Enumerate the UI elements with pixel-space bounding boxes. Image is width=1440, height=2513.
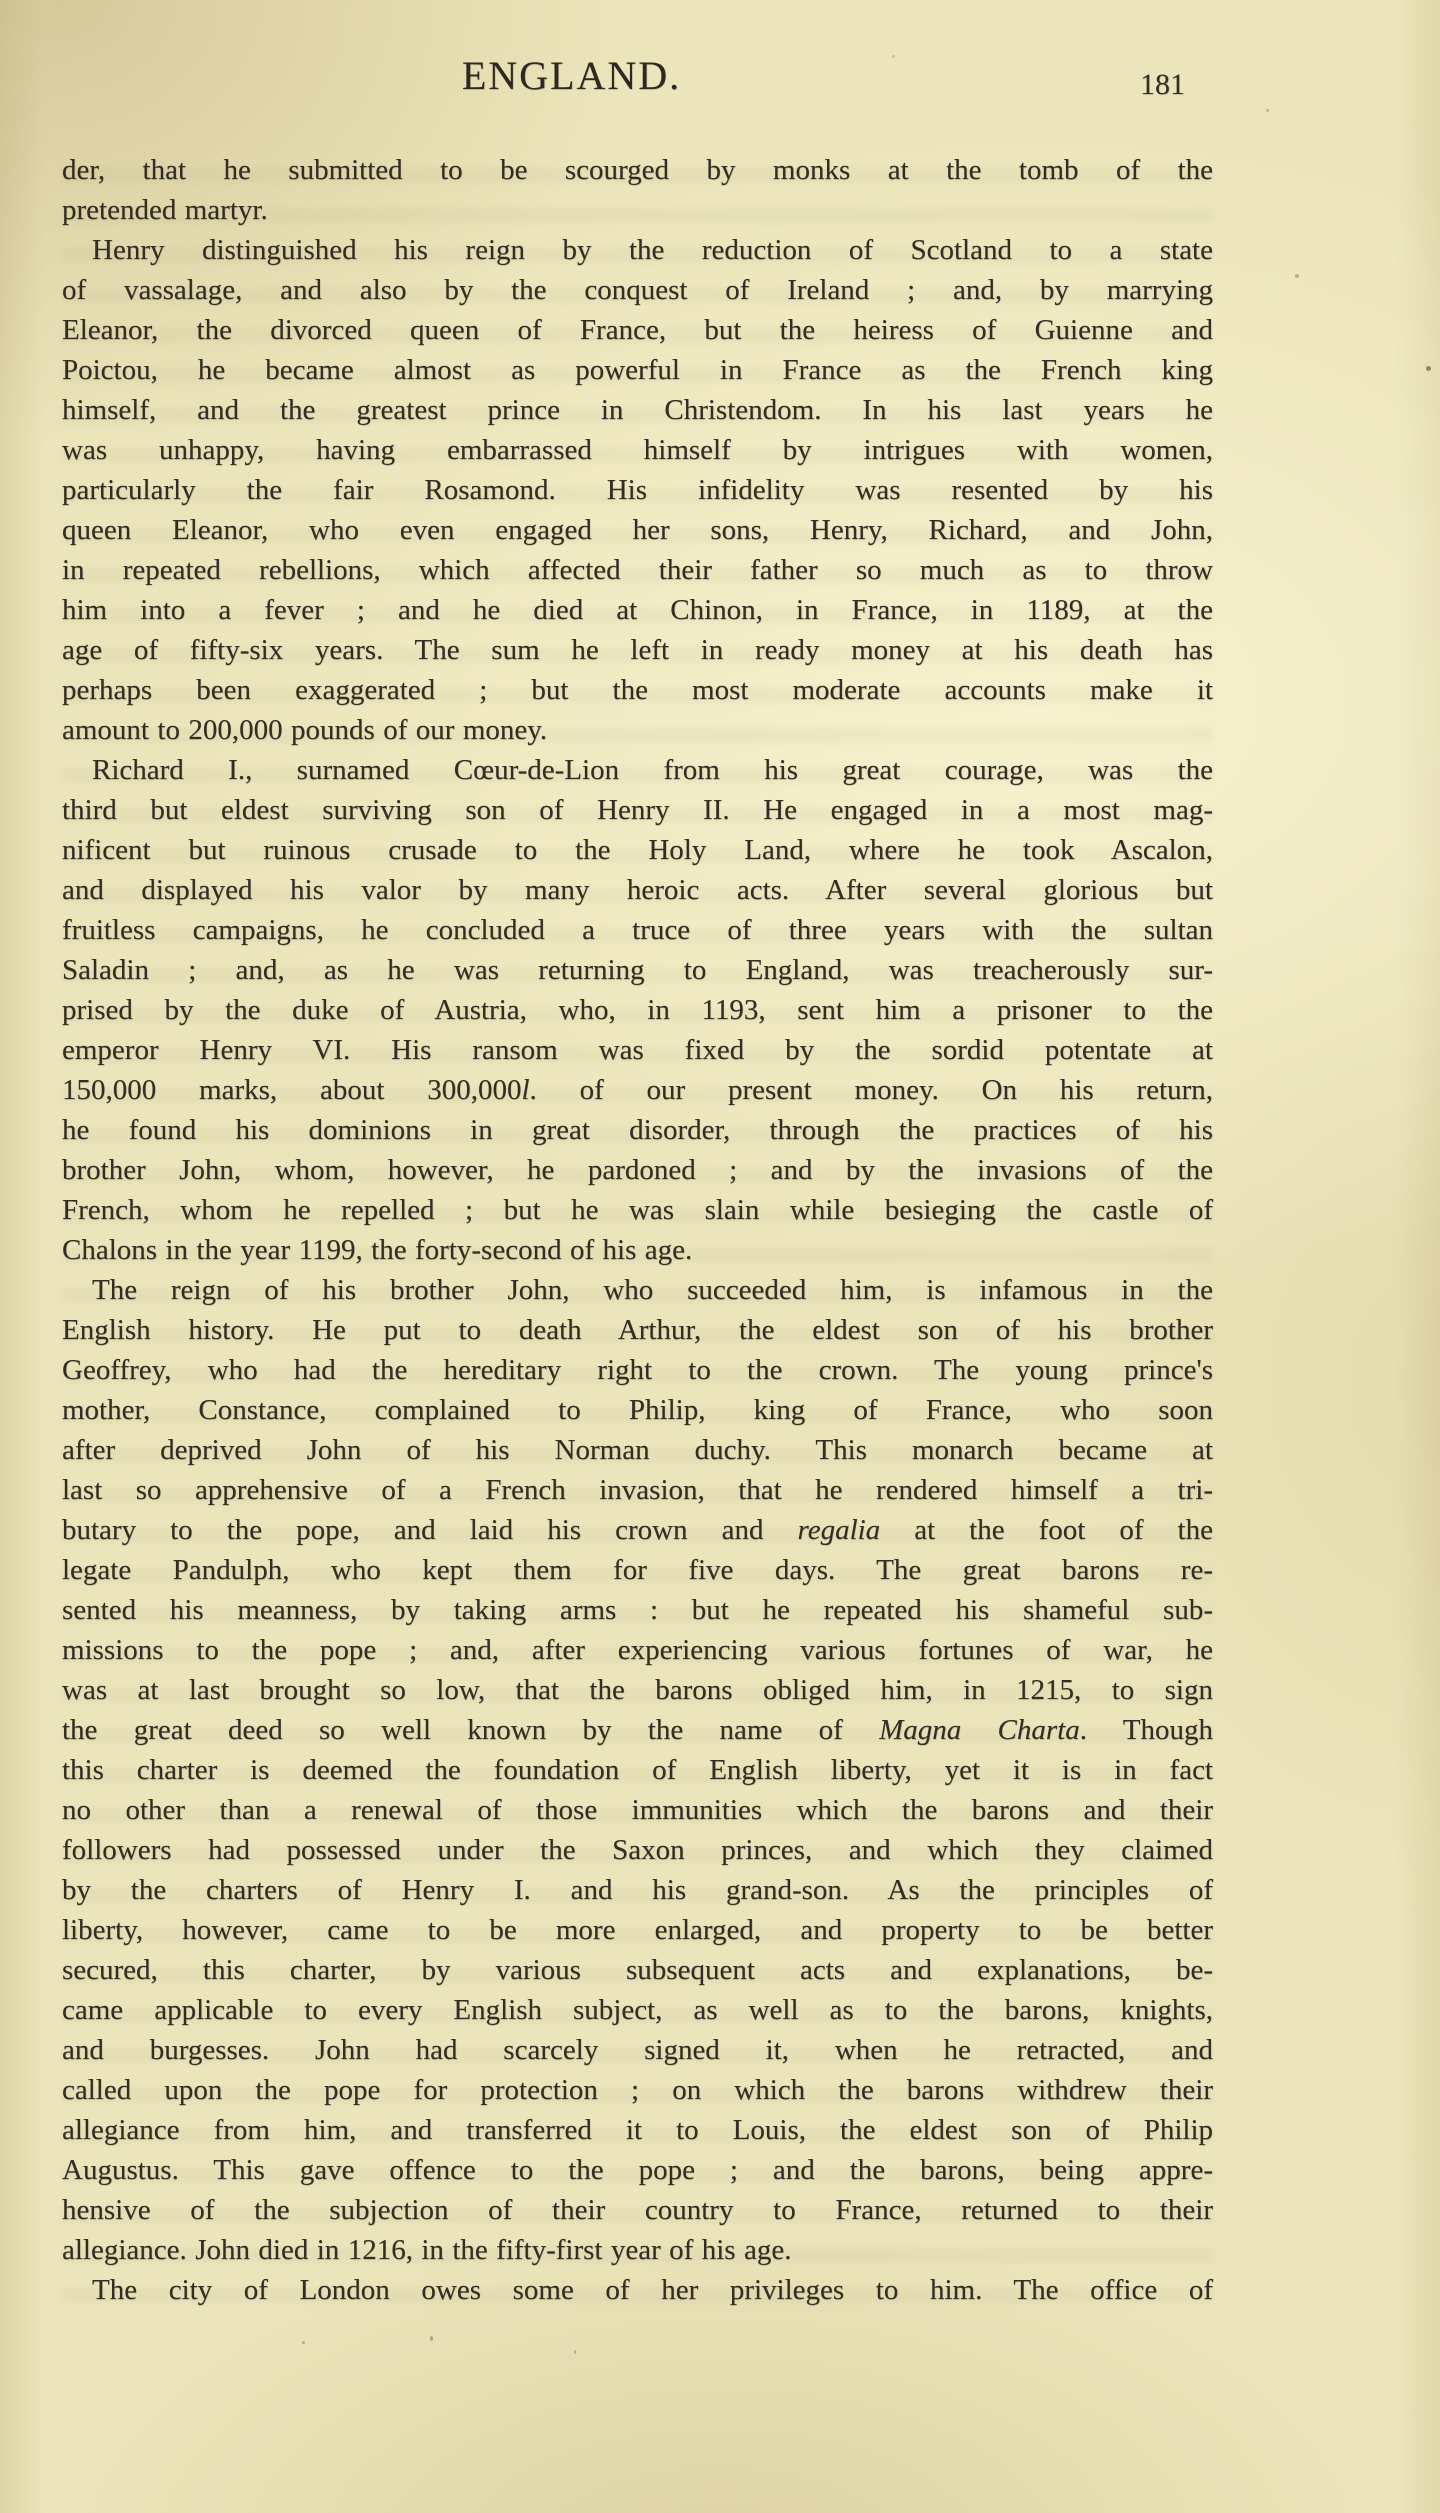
text-line: legate Pandulph, who kept them for five … xyxy=(62,1550,1213,1590)
text-segment: called upon the pope for protection ; on… xyxy=(62,2074,1213,2106)
text-segment: French, whom he repelled ; but he was sl… xyxy=(62,1194,1213,1226)
paper-speck xyxy=(302,2341,305,2344)
text-line: of vassalage, and also by the conquest o… xyxy=(62,270,1213,310)
text-line: missions to the pope ; and, after experi… xyxy=(62,1630,1213,1670)
text-line: and burgesses. John had scarcely signed … xyxy=(62,2030,1213,2070)
text-segment: . Though xyxy=(1080,1714,1213,1746)
text-line: allegiance from him, and transferred it … xyxy=(62,2110,1213,2150)
italic-text-segment: regalia xyxy=(797,1514,880,1546)
text-line: the great deed so well known by the name… xyxy=(62,1710,1213,1750)
text-line: secured, this charter, by various subseq… xyxy=(62,1950,1213,1990)
text-segment: legate Pandulph, who kept them for five … xyxy=(62,1554,1213,1586)
paper-speck xyxy=(574,2350,576,2354)
text-segment: perhaps been exaggerated ; but the most … xyxy=(62,674,1213,706)
text-segment: prised by the duke of Austria, who, in 1… xyxy=(62,994,1213,1026)
text-segment: the great deed so well known by the name… xyxy=(62,1714,879,1746)
text-line: mother, Constance, complained to Philip,… xyxy=(62,1390,1213,1430)
text-line: hensive of the subjection of their count… xyxy=(62,2190,1213,2230)
paper-speck xyxy=(430,2336,433,2341)
text-line: emperor Henry VI. His ransom was fixed b… xyxy=(62,1030,1213,1070)
text-segment: at the foot of the xyxy=(880,1514,1213,1546)
text-line: this charter is deemed the foundation of… xyxy=(62,1750,1213,1790)
text-segment: followers had possessed under the Saxon … xyxy=(62,1834,1213,1866)
text-segment: mother, Constance, complained to Philip,… xyxy=(62,1394,1213,1426)
text-segment: third but eldest surviving son of Henry … xyxy=(62,794,1213,826)
text-segment: allegiance from him, and transferred it … xyxy=(62,2114,1213,2146)
text-line: followers had possessed under the Saxon … xyxy=(62,1830,1213,1870)
text-line: by the charters of Henry I. and his gran… xyxy=(62,1870,1213,1910)
text-segment: liberty, however, came to be more enlarg… xyxy=(62,1914,1213,1946)
text-line: was unhappy, having embarrassed himself … xyxy=(62,430,1213,470)
paragraph: Richard I., surnamed Cœur-de-Lion from h… xyxy=(62,750,1213,1270)
text-segment: he found his dominions in great disorder… xyxy=(62,1114,1213,1146)
text-segment: English history. He put to death Arthur,… xyxy=(62,1314,1213,1346)
text-line: Saladin ; and, as he was returning to En… xyxy=(62,950,1213,990)
text-line: Chalons in the year 1199, the forty-seco… xyxy=(62,1230,1213,1270)
text-line: himself, and the greatest prince in Chri… xyxy=(62,390,1213,430)
text-line: Eleanor, the divorced queen of France, b… xyxy=(62,310,1213,350)
text-line: no other than a renewal of those immunit… xyxy=(62,1790,1213,1830)
text-segment: came applicable to every English subject… xyxy=(62,1994,1213,2026)
text-line: brother John, whom, however, he pardoned… xyxy=(62,1150,1213,1190)
italic-text-segment: l xyxy=(521,1074,529,1106)
text-segment: himself, and the greatest prince in Chri… xyxy=(62,394,1213,426)
text-segment: was unhappy, having embarrassed himself … xyxy=(62,434,1213,466)
text-line: third but eldest surviving son of Henry … xyxy=(62,790,1213,830)
text-segment: him into a fever ; and he died at Chinon… xyxy=(62,594,1213,626)
text-segment: Augustus. This gave offence to the pope … xyxy=(62,2154,1213,2186)
text-segment: Richard I., surnamed Cœur-de-Lion from h… xyxy=(92,754,1213,786)
text-segment: sented his meanness, by taking arms : bu… xyxy=(62,1594,1213,1626)
text-segment: last so apprehensive of a French invasio… xyxy=(62,1474,1213,1506)
text-segment: Poictou, he became almost as powerful in… xyxy=(62,354,1213,386)
text-segment: of vassalage, and also by the conquest o… xyxy=(62,274,1213,306)
text-line: last so apprehensive of a French invasio… xyxy=(62,1470,1213,1510)
book-page: ENGLAND. 181 der, that he submitted to b… xyxy=(0,0,1440,2513)
text-segment: queen Eleanor, who even engaged her sons… xyxy=(62,514,1213,546)
text-segment: age of fifty-six years. The sum he left … xyxy=(62,634,1213,666)
text-line: came applicable to every English subject… xyxy=(62,1990,1213,2030)
text-segment: The reign of his brother John, who succe… xyxy=(92,1274,1213,1306)
text-segment: butary to the pope, and laid his crown a… xyxy=(62,1514,797,1546)
page-header: ENGLAND. 181 xyxy=(62,52,1213,114)
text-segment: particularly the fair Rosamond. His infi… xyxy=(62,474,1213,506)
text-segment: amount to 200,000 pounds of our money. xyxy=(62,714,547,746)
text-line: sented his meanness, by taking arms : bu… xyxy=(62,1590,1213,1630)
text-segment: The city of London owes some of her priv… xyxy=(92,2274,1213,2306)
text-line: liberty, however, came to be more enlarg… xyxy=(62,1910,1213,1950)
text-line: The city of London owes some of her priv… xyxy=(62,2270,1213,2310)
text-line: in repeated rebellions, which affected t… xyxy=(62,550,1213,590)
text-line: Richard I., surnamed Cœur-de-Lion from h… xyxy=(62,750,1213,790)
text-segment: secured, this charter, by various subseq… xyxy=(62,1954,1213,1986)
text-line: allegiance. John died in 1216, in the fi… xyxy=(62,2230,1213,2270)
text-line: Poictou, he became almost as powerful in… xyxy=(62,350,1213,390)
text-segment: pretended martyr. xyxy=(62,194,268,226)
text-line: Geoffrey, who had the hereditary right t… xyxy=(62,1350,1213,1390)
paper-speck xyxy=(1266,109,1269,112)
text-segment: hensive of the subjection of their count… xyxy=(62,2194,1213,2226)
text-segment: and displayed his valor by many heroic a… xyxy=(62,874,1213,906)
text-line: French, whom he repelled ; but he was sl… xyxy=(62,1190,1213,1230)
text-line: was at last brought so low, that the bar… xyxy=(62,1670,1213,1710)
paper-speck xyxy=(1426,366,1431,371)
text-line: particularly the fair Rosamond. His infi… xyxy=(62,470,1213,510)
text-line: der, that he submitted to be scourged by… xyxy=(62,150,1213,190)
text-segment: der, that he submitted to be scourged by… xyxy=(62,154,1213,186)
paper-speck xyxy=(1295,274,1299,278)
text-segment: by the charters of Henry I. and his gran… xyxy=(62,1874,1213,1906)
text-segment: Geoffrey, who had the hereditary right t… xyxy=(62,1354,1213,1386)
paragraph: The city of London owes some of her priv… xyxy=(62,2270,1213,2310)
text-line: 150,000 marks, about 300,000l. of our pr… xyxy=(62,1070,1213,1110)
text-segment: no other than a renewal of those immunit… xyxy=(62,1794,1213,1826)
text-line: prised by the duke of Austria, who, in 1… xyxy=(62,990,1213,1030)
text-segment: Saladin ; and, as he was returning to En… xyxy=(62,954,1213,986)
paragraph: der, that he submitted to be scourged by… xyxy=(62,150,1213,230)
text-line: butary to the pope, and laid his crown a… xyxy=(62,1510,1213,1550)
paragraph: Henry distinguished his reign by the red… xyxy=(62,230,1213,750)
page-number: 181 xyxy=(1140,68,1185,102)
text-segment: 150,000 marks, about 300,000 xyxy=(62,1074,521,1106)
text-line: perhaps been exaggerated ; but the most … xyxy=(62,670,1213,710)
text-segment: after deprived John of his Norman duchy.… xyxy=(62,1434,1213,1466)
text-line: Augustus. This gave offence to the pope … xyxy=(62,2150,1213,2190)
text-line: English history. He put to death Arthur,… xyxy=(62,1310,1213,1350)
text-segment: nificent but ruinous crusade to the Holy… xyxy=(62,834,1213,866)
text-segment: Chalons in the year 1199, the forty-seco… xyxy=(62,1234,692,1266)
text-block: der, that he submitted to be scourged by… xyxy=(62,150,1213,2310)
text-segment: missions to the pope ; and, after experi… xyxy=(62,1634,1213,1666)
text-segment: and burgesses. John had scarcely signed … xyxy=(62,2034,1213,2066)
text-segment: allegiance. John died in 1216, in the fi… xyxy=(62,2234,792,2266)
text-line: after deprived John of his Norman duchy.… xyxy=(62,1430,1213,1470)
text-line: nificent but ruinous crusade to the Holy… xyxy=(62,830,1213,870)
italic-text-segment: Magna Charta xyxy=(879,1714,1080,1746)
text-line: Henry distinguished his reign by the red… xyxy=(62,230,1213,270)
text-segment: emperor Henry VI. His ransom was fixed b… xyxy=(62,1034,1213,1066)
text-line: him into a fever ; and he died at Chinon… xyxy=(62,590,1213,630)
text-line: The reign of his brother John, who succe… xyxy=(62,1270,1213,1310)
text-segment: . of our present money. On his return, xyxy=(530,1074,1213,1106)
text-segment: brother John, whom, however, he pardoned… xyxy=(62,1154,1213,1186)
text-segment: fruitless campaigns, he concluded a truc… xyxy=(62,914,1213,946)
text-line: he found his dominions in great disorder… xyxy=(62,1110,1213,1150)
text-segment: was at last brought so low, that the bar… xyxy=(62,1674,1213,1706)
text-segment: in repeated rebellions, which affected t… xyxy=(62,554,1213,586)
text-line: age of fifty-six years. The sum he left … xyxy=(62,630,1213,670)
text-line: called upon the pope for protection ; on… xyxy=(62,2070,1213,2110)
text-line: queen Eleanor, who even engaged her sons… xyxy=(62,510,1213,550)
paragraph: The reign of his brother John, who succe… xyxy=(62,1270,1213,2270)
text-line: fruitless campaigns, he concluded a truc… xyxy=(62,910,1213,950)
text-segment: Henry distinguished his reign by the red… xyxy=(92,234,1213,266)
running-title: ENGLAND. xyxy=(0,52,1147,99)
text-line: pretended martyr. xyxy=(62,190,1213,230)
text-line: and displayed his valor by many heroic a… xyxy=(62,870,1213,910)
text-segment: Eleanor, the divorced queen of France, b… xyxy=(62,314,1213,346)
text-line: amount to 200,000 pounds of our money. xyxy=(62,710,1213,750)
text-segment: this charter is deemed the foundation of… xyxy=(62,1754,1213,1786)
